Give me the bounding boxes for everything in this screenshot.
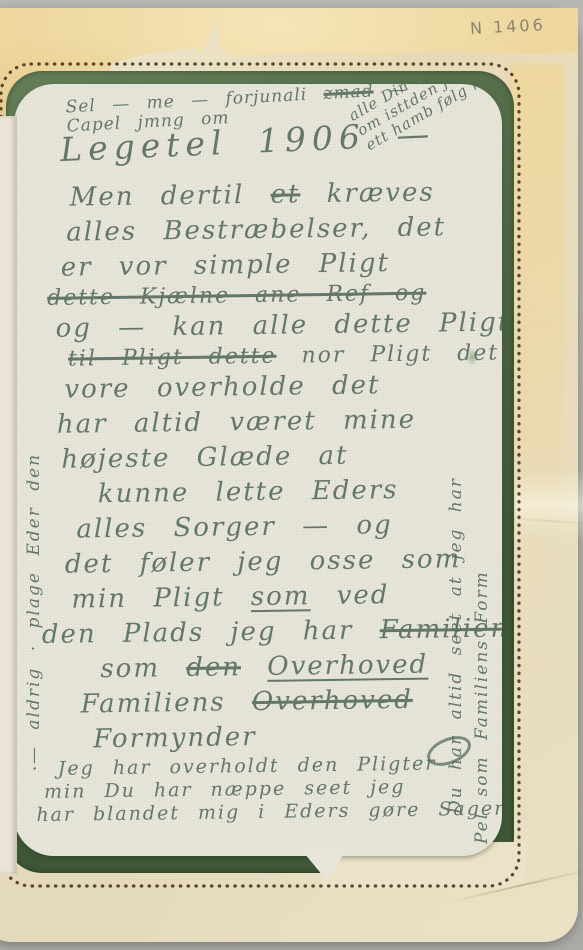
word-segment: Familiens [81,687,253,719]
word-segment [241,652,268,682]
word-segment: har altid været mine [57,405,417,440]
paper-strip-left [0,116,17,874]
left-margin-note: — aldrig · plage Eder den [24,284,44,764]
word-segment: Formynder [93,722,257,754]
word-segment: min Pligt [71,582,251,615]
manuscript-line: Men dertil et kræves [70,175,498,216]
word-segment: Overhoved [267,650,428,682]
manuscript-line: Familiens Overhoved [81,682,502,723]
word-segment: et [270,179,300,209]
manuscript-line: alles Bestræbelser, det [66,210,498,251]
word-segment: den [186,652,241,683]
manuscript-line: den Plads jeg har Familiens [42,612,502,653]
word-segment: kræves [300,178,435,210]
word-segment: højeste Glæde at [61,441,348,475]
manuscript-line: som den Overhoved [100,647,502,688]
word-segment: den Plads jeg har [42,615,380,650]
manuscript-line: det føler jeg osse som [65,542,502,583]
manuscript-line: alles Sorger — og [76,507,502,548]
manuscript-line: min Pligt som ved [71,577,502,618]
photograph-of-lettercard: { "colors":{ "envelope":"#ebe2c7", "flap… [0,0,583,950]
envelope-tan-patch [510,64,564,534]
word-segment: dette Kjælne ane Ref og [47,281,427,311]
envelope-fold-sheen [516,470,583,540]
word-segment: til Pligt dette [68,344,277,372]
inventory-number: N 1406 [470,15,547,38]
word-segment: alles Sorger — og [76,510,393,544]
word-segment: alles Bestræbelser, det [66,212,446,247]
word-segment: Overhoved [252,685,413,717]
word-segment: ved [310,580,389,611]
manuscript-lines: Men dertil et krævesalles Bestræbelser, … [14,175,502,828]
right-margin-note-outer: Pel som Familiens Form [472,444,492,844]
ink-smudge [466,348,478,366]
word-segment: og — kan alle dette Pligt [55,307,502,343]
manuscript-line: kunne lette Eders [98,472,502,513]
word-segment: er vor simple Pligt [61,248,391,283]
manuscript-card: Sel — me — forjunali zmad — Capel jmng o… [14,84,502,856]
word-segment: som [251,581,311,612]
word-segment: Men dertil [70,180,271,213]
word-segment: vore overholde det [64,370,380,404]
word-segment: det føler jeg osse som [65,544,462,580]
word-segment: kunne lette Eders [98,475,399,509]
word-segment: som [100,653,186,684]
